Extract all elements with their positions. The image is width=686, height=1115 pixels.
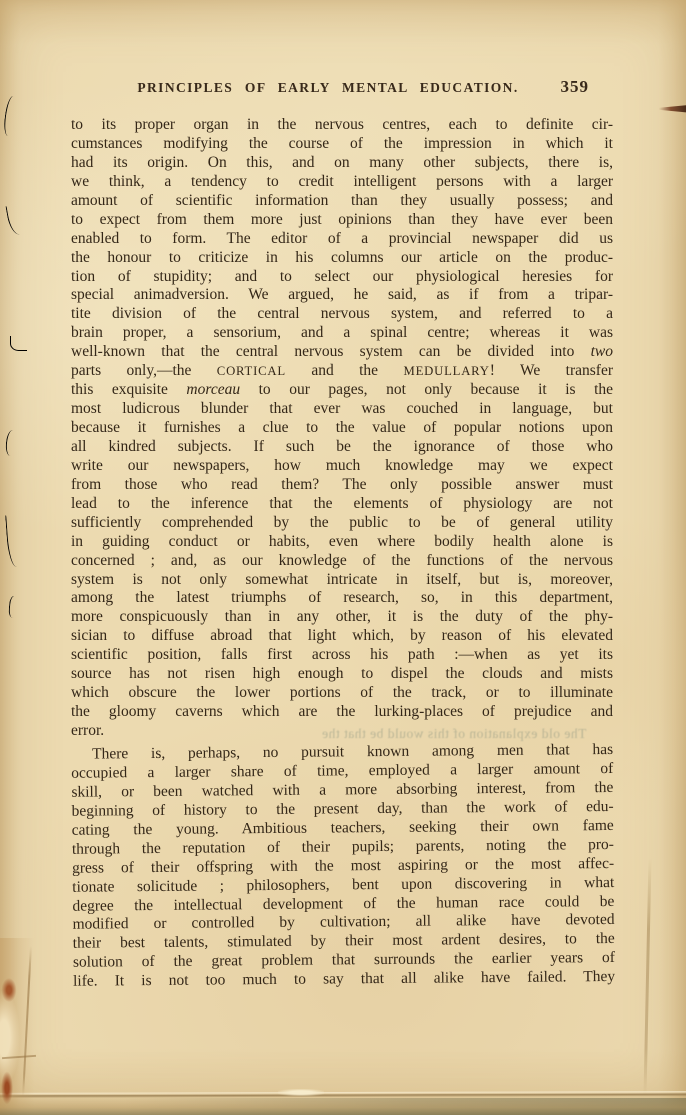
crease-highlight (278, 1089, 324, 1096)
text-line: source has not risen high enough to disp… (71, 665, 613, 684)
pencil-mark (5, 204, 23, 236)
text-line: more conspicuously than in any other, it… (71, 608, 613, 627)
text-line: system is not only somewhat intricate in… (71, 571, 613, 590)
text-line: tite division of the central nervous sys… (71, 305, 613, 324)
text-line: all kindred subjects. If such be the ign… (71, 438, 613, 457)
text-line: amount of scientific information than th… (71, 192, 613, 211)
text-line: which obscure the lower portions of the … (71, 684, 613, 703)
paragraph: There is, perhaps, no pursuit known amon… (71, 741, 615, 992)
text-line: brain proper, a sensorium, and a spinal … (71, 324, 613, 343)
tear-mark-icon (652, 103, 686, 114)
text-line: scientific position, falls first across … (71, 646, 613, 665)
text-line: because it furnishes a clue to the value… (71, 419, 613, 438)
vertical-crease (644, 858, 652, 1096)
torn-corner-stain (0, 938, 46, 1115)
running-header: PRINCIPLES OF EARLY MENTAL EDUCATION. 35… (71, 80, 613, 102)
text-line: well-known that the central nervous syst… (71, 343, 613, 362)
pencil-mark (5, 429, 19, 456)
text-line: special animadversion. We argued, he sai… (71, 286, 613, 305)
pencil-mark (10, 336, 27, 351)
text-line: had its origin. On this, and on many oth… (71, 154, 613, 173)
page-number: 359 (561, 77, 590, 97)
pencil-mark (5, 515, 22, 568)
text-line: tion of stupidity; and to select our phy… (71, 268, 613, 287)
text-line: life. It is not too much to say that all… (73, 968, 615, 992)
text-line: lead to the inference that the elements … (71, 495, 613, 514)
page-title: PRINCIPLES OF EARLY MENTAL EDUCATION. (57, 80, 599, 96)
text-line: most ludicrous blunder that ever was cou… (71, 400, 613, 419)
text-line: we think, a tendency to credit intellige… (71, 173, 613, 192)
text-line: to its proper organ in the nervous centr… (71, 116, 613, 135)
text-line: error. (71, 722, 613, 741)
pencil-mark (2, 95, 18, 136)
text-line: to expect from them more just opinions t… (71, 211, 613, 230)
text-line: sufficiently comprehended by the public … (71, 514, 613, 533)
horizontal-crease (0, 1091, 686, 1098)
text-line: parts only,—the CORTICAL and the MEDULLA… (71, 362, 613, 381)
text-line: among the latest triumphs of research, s… (71, 589, 613, 608)
pencil-mark (8, 596, 21, 619)
text-column: to its proper organ in the nervous centr… (71, 116, 613, 987)
paragraph: to its proper organ in the nervous centr… (71, 116, 613, 741)
text-line: enabled to form. The editor of a provinc… (71, 230, 613, 249)
page-bottom-edge (0, 1098, 686, 1115)
text-line: in guiding conduct or habits, even where… (71, 533, 613, 552)
scanned-book-page: { "colors": { "paper": "#ecdab0", "ink":… (0, 0, 686, 1115)
text-line: the gloomy caverns which are the lurking… (71, 703, 613, 722)
text-line: concerned ; and, as our knowledge of the… (71, 552, 613, 571)
text-line: cumstances modifying the course of the i… (71, 135, 613, 154)
text-line: the honour to criticize in his columns o… (71, 249, 613, 268)
text-line: write our newspapers, how much knowledge… (71, 457, 613, 476)
page-background: PRINCIPLES OF EARLY MENTAL EDUCATION. 35… (0, 0, 686, 1115)
text-line: this exquisite morceau to our pages, not… (71, 381, 613, 400)
text-line: sician to diffuse abroad that light whic… (71, 627, 613, 646)
text-line: from those who read them? The only possi… (71, 476, 613, 495)
